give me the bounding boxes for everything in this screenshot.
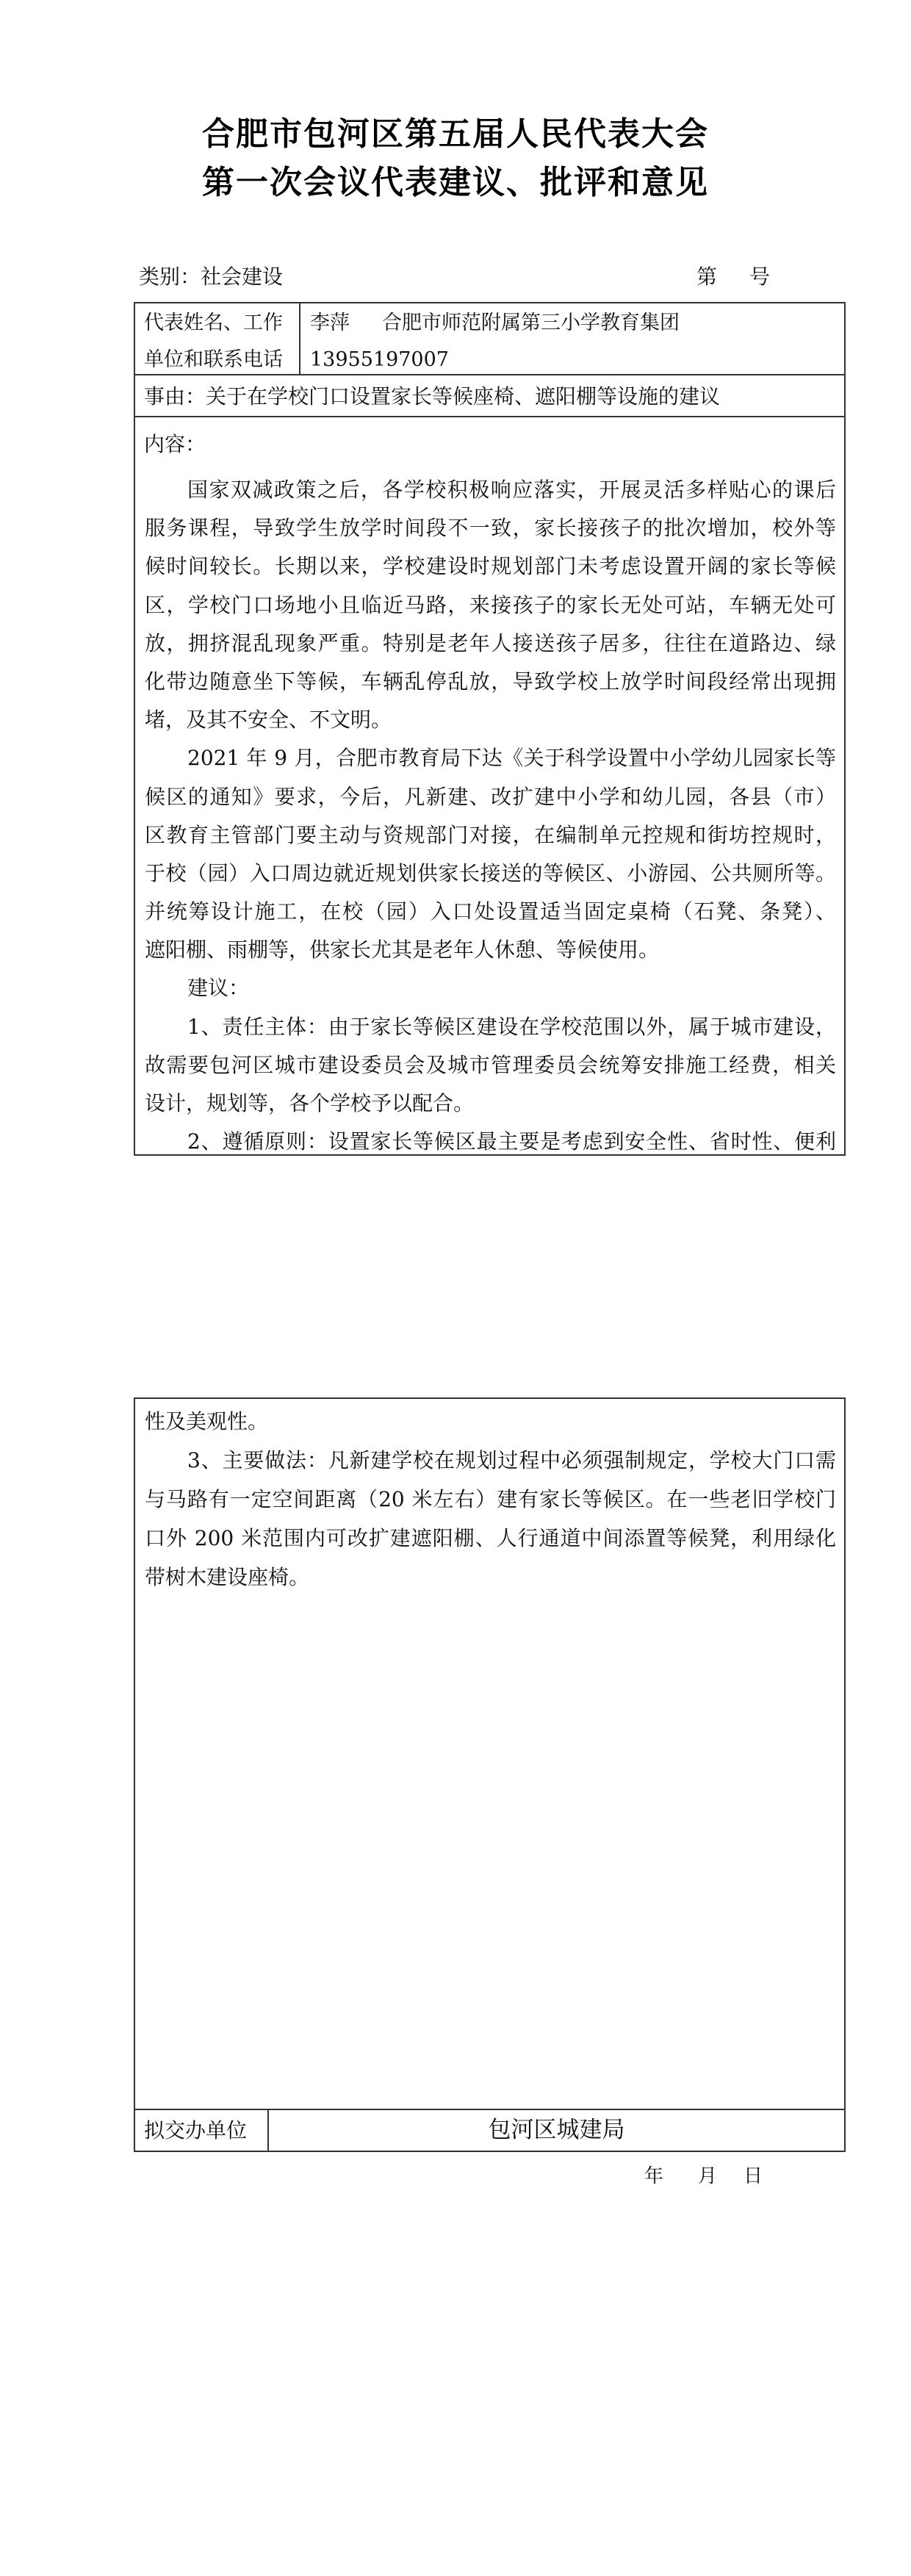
column-divider: [299, 303, 300, 374]
representative-name-org: 李萍合肥市师范附属第三小学教育集团: [310, 305, 680, 342]
date-month: 月: [698, 2165, 717, 2188]
title-line-2: 第一次会议代表建议、批评和意见: [0, 159, 911, 207]
content-line: 区教育主管部门要主动与资规部门对接，在编制单元控规和街坊控规时，: [145, 816, 836, 855]
content-line: 区，学校门口场地小且临近马路，来接孩子的家长无处可站，车辆无处可: [145, 586, 836, 625]
content-line: 3、主要做法：凡新建学校在规划过程中必须强制规定，学校大门口需: [145, 1441, 836, 1480]
proposal-table-page2: 性及美观性。 3、主要做法：凡新建学校在规划过程中必须强制规定，学校大门口需 与…: [134, 1397, 846, 2152]
content-line: 堵，及其不安全、不文明。: [145, 701, 836, 739]
date-year: 年: [644, 2165, 663, 2188]
proposal-table-page1: 代表姓名、工作 单位和联系电话 李萍合肥市师范附属第三小学教育集团 139551…: [134, 302, 846, 1156]
representative-organization: 合肥市师范附属第三小学教育集团: [382, 312, 680, 334]
content-line: 2、遵循原则：设置家长等候区最主要是考虑到安全性、省时性、便利: [145, 1123, 836, 1161]
representative-label-line2: 单位和联系电话: [144, 342, 283, 378]
content-line: 1、责任主体：由于家长等候区建设在学校范围以外，属于城市建设，: [145, 1008, 836, 1046]
content-line: 国家双减政策之后，各学校积极响应落实，开展灵活多样贴心的课后: [145, 471, 836, 509]
content-line: 候区的通知》要求，今后，凡新建、改扩建中小学和幼儿园，各县（市）: [145, 778, 836, 816]
handling-unit-value: 包河区城建局: [269, 2110, 844, 2151]
content-line: 并统筹设计施工，在校（园）入口处设置适当固定桌椅（石凳、条凳）、: [145, 893, 836, 931]
handling-unit-label: 拟交办单位: [144, 2110, 247, 2151]
document-title: 合肥市包河区第五届人民代表大会 第一次会议代表建议、批评和意见: [0, 110, 911, 207]
title-line-1: 合肥市包河区第五届人民代表大会: [0, 110, 911, 159]
content-line: 性及美观性。: [145, 1402, 836, 1441]
subject: 事由：关于在学校门口设置家长等候座椅、遮阳棚等设施的建议: [144, 378, 720, 415]
content-label: 内容：: [144, 425, 206, 464]
category-label: 类别：社会建设: [139, 266, 283, 288]
number-suffix: 号: [749, 266, 770, 288]
content-body-page1: 国家双减政策之后，各学校积极响应落实，开展灵活多样贴心的课后 服务课程，导致学生…: [145, 471, 836, 1161]
content-line: 服务课程，导致学生放学时间段不一致，家长接孩子的批次增加，校外等: [145, 509, 836, 547]
content-line: 于校（园）入口周边就近规划供家长接送的等候区、小游园、公共厕所等。: [145, 855, 836, 893]
content-line: 口外 200 米范围内可改扩建遮阳棚、人行通道中间添置等候凳，利用绿化: [145, 1519, 836, 1558]
content-line: 候时间较长。长期以来，学校建设时规划部门未考虑设置开阔的家长等候: [145, 547, 836, 586]
content-body-page2: 性及美观性。 3、主要做法：凡新建学校在规划过程中必须强制规定，学校大门口需 与…: [145, 1402, 836, 1597]
number-prefix: 第: [696, 266, 717, 288]
representative-name: 李萍: [310, 312, 350, 334]
representative-label-line1: 代表姓名、工作: [144, 305, 283, 342]
representative-label: 代表姓名、工作 单位和联系电话: [144, 305, 283, 378]
content-line: 与马路有一定空间距离（20 米左右）建有家长等候区。在一些老旧学校门: [145, 1480, 836, 1519]
content-line: 带树木建设座椅。: [145, 1558, 836, 1597]
representative-phone: 13955197007: [310, 342, 680, 378]
row-divider: [135, 416, 844, 417]
representative-info: 李萍合肥市师范附属第三小学教育集团 13955197007: [310, 305, 680, 378]
content-line: 2021 年 9 月，合肥市教育局下达《关于科学设置中小学幼儿园家长等: [145, 739, 836, 777]
date-day: 日: [743, 2165, 763, 2188]
content-line: 遮阳棚、雨棚等，供家长尤其是老年人休憩、等候使用。: [145, 931, 836, 969]
suggestion-heading: 建议：: [145, 969, 836, 1007]
content-line: 化带边随意坐下等候，车辆乱停乱放，导致学校上放学时间段经常出现拥: [145, 663, 836, 701]
content-line: 设计，规划等，各个学校予以配合。: [145, 1084, 836, 1123]
content-line: 放，拥挤混乱现象严重。特别是老年人接送孩子居多，往往在道路边、绿: [145, 625, 836, 663]
content-line: 故需要包河区城市建设委员会及城市管理委员会统筹安排施工经费，相关: [145, 1046, 836, 1084]
